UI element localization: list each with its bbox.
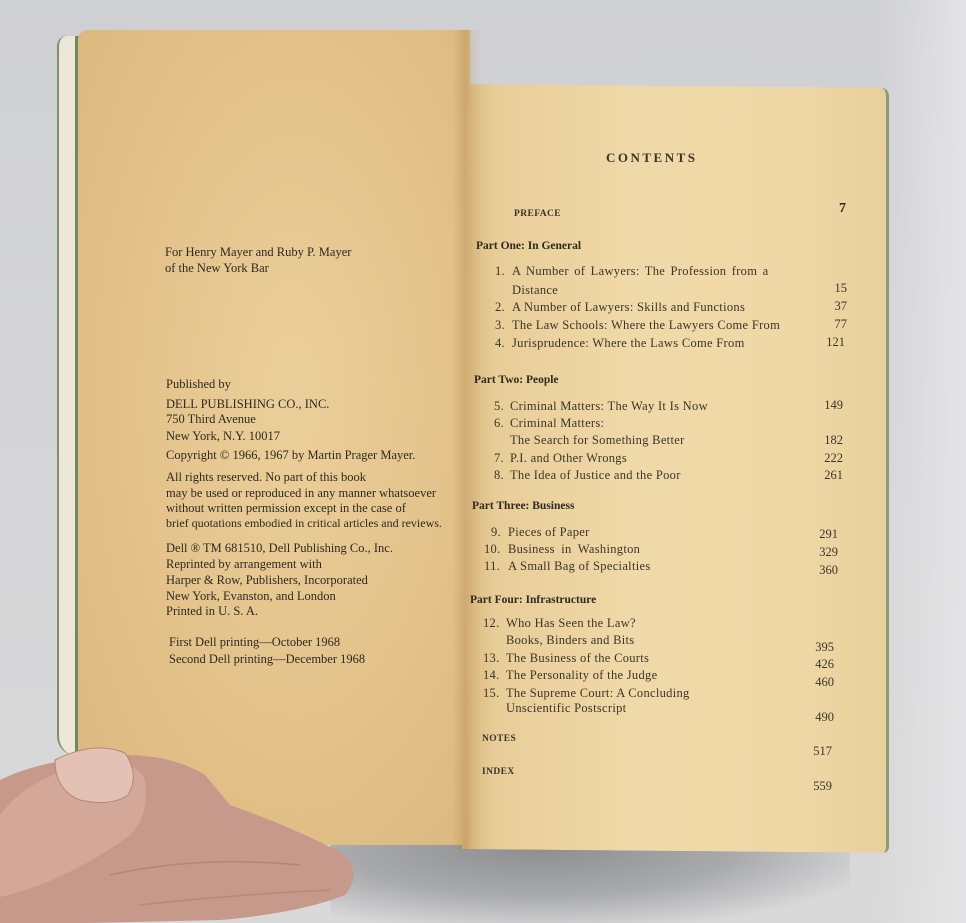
chapter-number: 7.: [494, 451, 504, 466]
printing-2: Second Dell printing—December 1968: [169, 651, 365, 667]
chapter-page: 149: [803, 398, 843, 413]
chapter-page: 490: [794, 710, 834, 725]
dedication-line-2: of the New York Bar: [165, 260, 269, 276]
chapter-title: P.I. and Other Wrongs: [510, 451, 627, 466]
chapter-page: 15: [807, 281, 847, 296]
printing-1: First Dell printing—October 1968: [169, 634, 340, 650]
chapter-page: 426: [794, 657, 834, 672]
chapter-number: 2.: [495, 300, 505, 315]
chapter-title-cont: Books, Binders and Bits: [506, 633, 634, 648]
rights-line-1: All rights reserved. No part of this boo…: [166, 469, 366, 485]
rights-line-3: without written permission except in the…: [166, 500, 406, 516]
notes-page: 517: [792, 744, 832, 759]
chapter-page: 77: [807, 317, 847, 332]
preface-label: PREFACE: [514, 209, 561, 219]
chapter-page: 460: [794, 675, 834, 690]
chapter-number: 14.: [483, 668, 500, 683]
chapter-number: 8.: [494, 468, 504, 483]
chapter-page: 182: [803, 433, 843, 448]
chapter-page: 222: [803, 451, 843, 466]
rights-line-2: may be used or reproduced in any manner …: [166, 485, 436, 501]
dedication-line-1: For Henry Mayer and Ruby P. Mayer: [165, 244, 351, 260]
chapter-title: A Small Bag of Specialties: [508, 559, 651, 574]
chapter-title: The Business of the Courts: [506, 651, 649, 666]
reprint-line-1: Reprinted by arrangement with: [166, 556, 322, 572]
publisher-address-2: New York, N.Y. 10017: [166, 428, 280, 444]
chapter-title: Business in Washington: [508, 542, 640, 557]
part-one-title: Part One: In General: [476, 240, 581, 252]
chapter-number: 13.: [483, 651, 500, 666]
part-four-title: Part Four: Infrastructure: [470, 594, 596, 606]
chapter-number: 12.: [483, 616, 500, 631]
contents-title: CONTENTS: [606, 150, 698, 166]
hand: [0, 735, 360, 923]
chapter-number: 11.: [484, 559, 500, 574]
chapter-number: 5.: [494, 399, 504, 414]
index-label: INDEX: [482, 767, 515, 777]
chapter-title: The Idea of Justice and the Poor: [510, 468, 681, 483]
background-light: [876, 0, 966, 923]
chapter-number: 15.: [483, 686, 500, 701]
reprint-line-4: Printed in U. S. A.: [166, 603, 258, 619]
part-three-title: Part Three: Business: [472, 500, 574, 512]
chapter-title-cont: The Search for Something Better: [510, 433, 685, 448]
index-page: 559: [792, 779, 832, 794]
chapter-number: 4.: [495, 336, 505, 351]
copyright-notice: Copyright © 1966, 1967 by Martin Prager …: [166, 447, 415, 463]
chapter-number: 1.: [495, 264, 505, 279]
chapter-title: Criminal Matters:: [510, 416, 604, 431]
part-two-title: Part Two: People: [474, 374, 559, 386]
chapter-page: 329: [798, 545, 838, 560]
chapter-title: A Number of Lawyers: The Profession from…: [512, 264, 769, 279]
chapter-number: 9.: [491, 525, 501, 540]
chapter-title: Jurisprudence: Where the Laws Come From: [512, 336, 745, 351]
published-by: Published by: [166, 376, 231, 392]
publisher-name: DELL PUBLISHING CO., INC.: [166, 396, 329, 412]
chapter-title: The Supreme Court: A Concluding: [506, 686, 690, 701]
notes-label: NOTES: [482, 734, 516, 744]
reprint-line-3: New York, Evanston, and London: [166, 588, 336, 604]
chapter-title: The Personality of the Judge: [506, 668, 657, 683]
book-gutter: [452, 30, 482, 850]
chapter-title: Who Has Seen the Law?: [506, 616, 636, 631]
preface-page: 7: [839, 201, 846, 217]
trademark: Dell ® TM 681510, Dell Publishing Co., I…: [166, 540, 393, 556]
chapter-number: 6.: [494, 416, 504, 431]
chapter-title: A Number of Lawyers: Skills and Function…: [512, 300, 745, 315]
chapter-title: Pieces of Paper: [508, 525, 590, 540]
chapter-page: 360: [798, 563, 838, 578]
chapter-number: 10.: [484, 542, 501, 557]
chapter-page: 261: [803, 468, 843, 483]
chapter-title-cont: Distance: [512, 283, 558, 298]
chapter-number: 3.: [495, 318, 505, 333]
chapter-title: Criminal Matters: The Way It Is Now: [510, 399, 708, 414]
chapter-page: 121: [805, 335, 845, 350]
reprint-line-2: Harper & Row, Publishers, Incorporated: [166, 572, 368, 588]
rights-line-4: brief quotations embodied in critical ar…: [166, 515, 442, 531]
chapter-page: 291: [798, 527, 838, 542]
chapter-page: 395: [794, 640, 834, 655]
publisher-address-1: 750 Third Avenue: [166, 411, 256, 427]
chapter-page: 37: [807, 299, 847, 314]
chapter-title: The Law Schools: Where the Lawyers Come …: [512, 318, 780, 333]
chapter-title-cont: Unscientific Postscript: [506, 701, 626, 716]
